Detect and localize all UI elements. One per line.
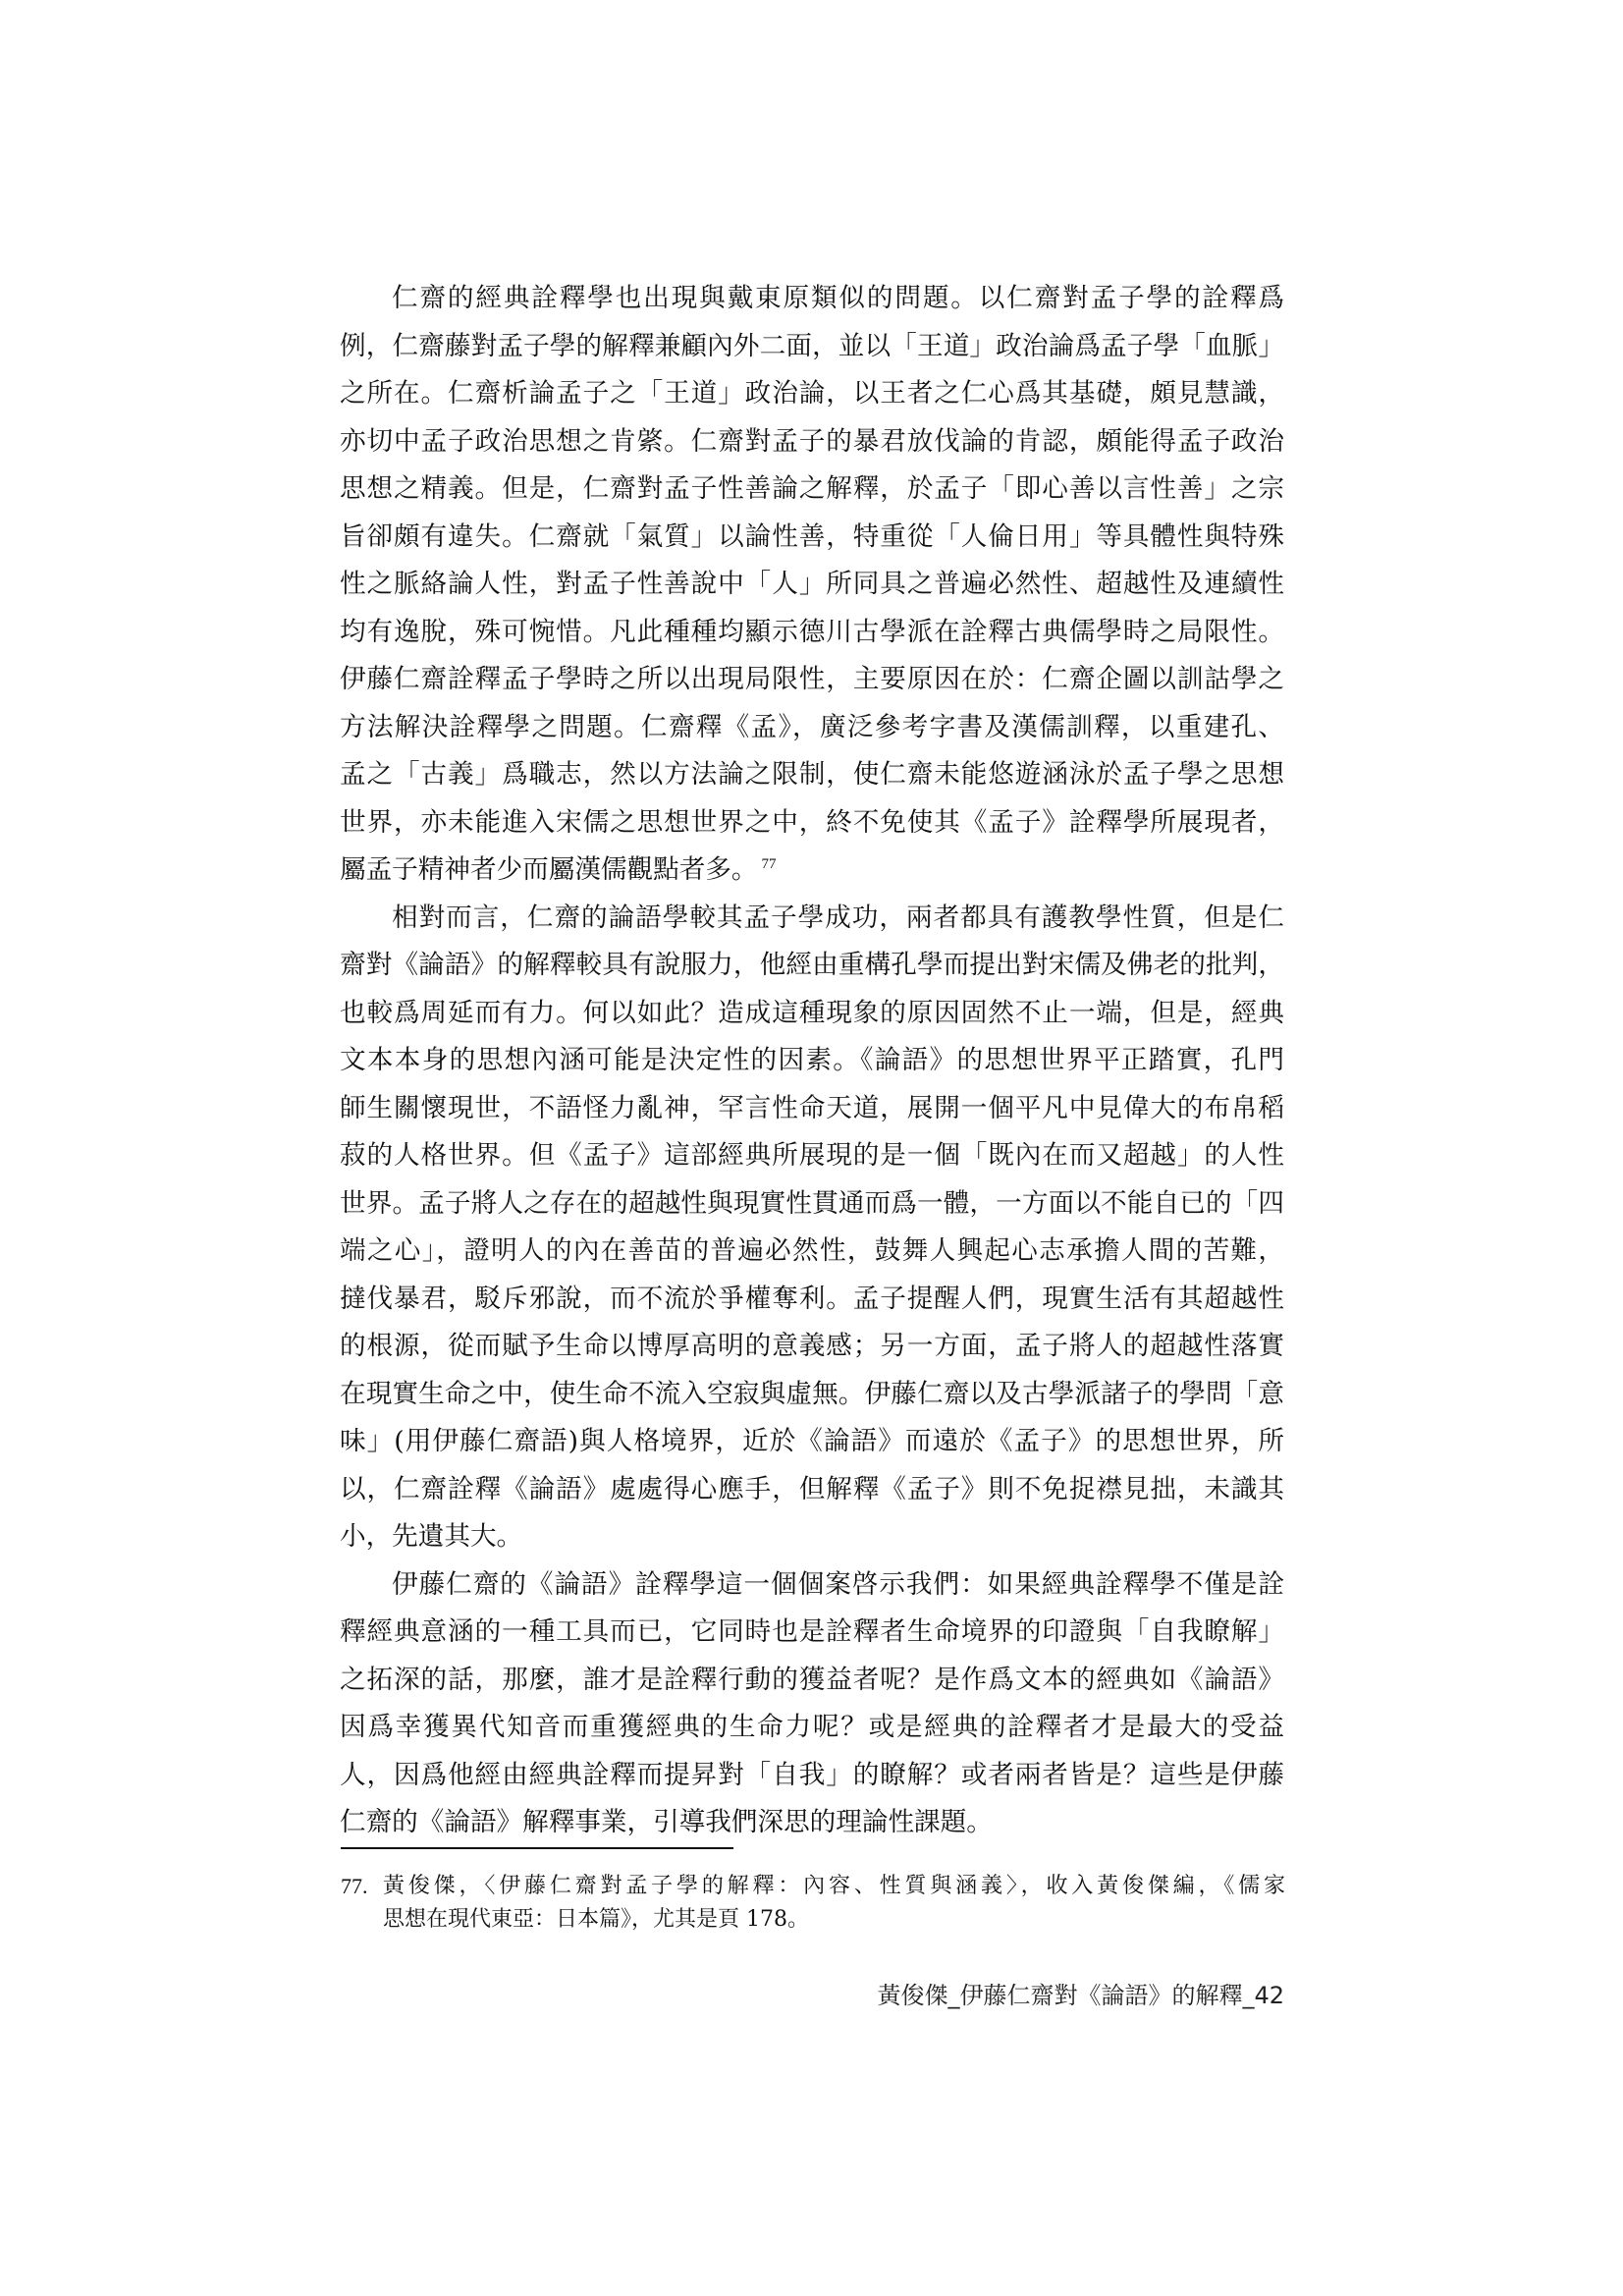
text-line: 方法解決詮釋學之問題。仁齋釋《孟》，廣泛參考字書及漢儒訓釋，以重建孔、 [340, 704, 1284, 752]
text-line: 在現實生命之中，使生命不流入空寂與虛無。伊藤仁齋以及古學派諸子的學問「意 [340, 1371, 1284, 1419]
text-line: 性之脈絡論人性，對孟子性善說中「人」所同具之普遍必然性、超越性及連續性 [340, 561, 1284, 609]
text-line: 人，因爲他經由經典詮釋而提昇對「自我」的瞭解？或者兩者皆是？這些是伊藤 [340, 1752, 1284, 1800]
text-line: 孟之「古義」爲職志，然以方法論之限制，使仁齋未能悠遊涵泳於孟子學之思想 [340, 751, 1284, 799]
footnote-divider [341, 1847, 733, 1849]
text-line: 旨卻頗有違失。仁齋就「氣質」以論性善，特重從「人倫日用」等具體性與特殊 [340, 514, 1284, 562]
text-line: 仁齋的《論語》解釋事業，引導我們深思的理論性課題。 [340, 1799, 1284, 1847]
paragraph-2: 相對而言，仁齋的論語學較其孟子學成功，兩者都具有護教學性質，但是仁 齋對《論語》… [340, 895, 1284, 1561]
text-line: 之所在。仁齋析論孟子之「王道」政治論，以王者之仁心爲其基礎，頗見慧識， [340, 370, 1284, 418]
text-line: 因爲幸獲異代知音而重獲經典的生命力呢？或是經典的詮釋者才是最大的受益 [340, 1704, 1284, 1752]
text-line: 之拓深的話，那麼，誰才是詮釋行動的獲益者呢？是作爲文本的經典如《論語》 [340, 1657, 1284, 1705]
text-line: 例，仁齋藤對孟子學的解釋兼顧內外二面，並以「王道」政治論爲孟子學「血脈」 [340, 323, 1284, 371]
text-line: 文本本身的思想內涵可能是決定性的因素。《論語》的思想世界平正踏實，孔門 [340, 1037, 1284, 1085]
text-line: 均有逸脫，殊可惋惜。凡此種種均顯示德川古學派在詮釋古典儒學時之局限性。 [340, 609, 1284, 657]
document-page: 仁齋的經典詮釋學也出現與戴東原類似的問題。以仁齋對孟子學的詮釋爲 例，仁齋藤對孟… [0, 0, 1623, 2296]
footnote-reference[interactable]: 77 [762, 856, 777, 872]
footnote-number: 77. [341, 1870, 368, 1903]
page-footer: 黃俊傑_伊藤仁齋對《論語》的解釋_42 [877, 1976, 1284, 2010]
text-line: 釋經典意涵的一種工具而已，它同時也是詮釋者生命境界的印證與「自我瞭解」 [340, 1609, 1284, 1657]
text-line-final: 屬孟子精神者少而屬漢儒觀點者多。77 [340, 847, 1284, 895]
text-line: 端之心」，證明人的內在善苗的普遍必然性，鼓舞人興起心志承擔人間的苦難， [340, 1228, 1284, 1276]
text-line: 仁齋的經典詮釋學也出現與戴東原類似的問題。以仁齋對孟子學的詮釋爲 [340, 275, 1284, 323]
body-text: 仁齋的經典詮釋學也出現與戴東原類似的問題。以仁齋對孟子學的詮釋爲 例，仁齋藤對孟… [340, 275, 1284, 1847]
text-line: 亦切中孟子政治思想之肯綮。仁齋對孟子的暴君放伐論的肯認，頗能得孟子政治 [340, 418, 1284, 466]
footnote-77: 77. 黃俊傑，〈伊藤仁齋對孟子學的解釋：內容、性質與涵義〉，收入黃俊傑編，《儒… [341, 1870, 1285, 1937]
text-line: 以，仁齋詮釋《論語》處處得心應手，但解釋《孟子》則不免捉襟見拙，未識其 [340, 1466, 1284, 1514]
text-line: 小，先遺其大。 [340, 1513, 1284, 1561]
text-line: 思想之精義。但是，仁齋對孟子性善論之解釋，於孟子「即心善以言性善」之宗 [340, 465, 1284, 514]
text-line: 伊藤仁齋的《論語》詮釋學這一個個案啓示我們：如果經典詮釋學不僅是詮 [340, 1561, 1284, 1610]
footnote-line: 黃俊傑，〈伊藤仁齋對孟子學的解釋：內容、性質與涵義〉，收入黃俊傑編，《儒家 [383, 1870, 1285, 1903]
footnote-line: 思想在現代東亞：日本篇》，尤其是頁 178。 [383, 1903, 1285, 1937]
text-line: 味」(用伊藤仁齋語)與人格境界，近於《論語》而遠於《孟子》的思想世界，所 [340, 1418, 1284, 1466]
text-line: 齋對《論語》的解釋較具有說服力，他經由重構孔學而提出對宋儒及佛老的批判， [340, 942, 1284, 990]
text-line: 世界，亦未能進入宋儒之思想世界之中，終不免使其《孟子》詮釋學所展現者， [340, 799, 1284, 847]
text-line: 的根源，從而賦予生命以博厚高明的意義感；另一方面，孟子將人的超越性落實 [340, 1323, 1284, 1371]
text-line: 也較爲周延而有力。何以如此？造成這種現象的原因固然不止一端，但是，經典 [340, 990, 1284, 1038]
text-line: 世界。孟子將人之存在的超越性與現實性貫通而爲一體，一方面以不能自已的「四 [340, 1180, 1284, 1229]
text-line: 屬孟子精神者少而屬漢儒觀點者多。 [340, 854, 758, 885]
footnotes: 77. 黃俊傑，〈伊藤仁齋對孟子學的解釋：內容、性質與涵義〉，收入黃俊傑編，《儒… [341, 1870, 1285, 1937]
paragraph-3: 伊藤仁齋的《論語》詮釋學這一個個案啓示我們：如果經典詮釋學不僅是詮 釋經典意涵的… [340, 1561, 1284, 1847]
text-line: 撻伐暴君，駁斥邪說，而不流於爭權奪利。孟子提醒人們，現實生活有其超越性 [340, 1276, 1284, 1324]
paragraph-1: 仁齋的經典詮釋學也出現與戴東原類似的問題。以仁齋對孟子學的詮釋爲 例，仁齋藤對孟… [340, 275, 1284, 895]
text-line: 伊藤仁齋詮釋孟子學時之所以出現局限性，主要原因在於：仁齋企圖以訓詁學之 [340, 656, 1284, 704]
text-line: 相對而言，仁齋的論語學較其孟子學成功，兩者都具有護教學性質，但是仁 [340, 895, 1284, 943]
text-line: 師生關懷現世，不語怪力亂神，罕言性命天道，展開一個平凡中見偉大的布帛稻 [340, 1085, 1284, 1133]
text-line: 菽的人格世界。但《孟子》這部經典所展現的是一個「既內在而又超越」的人性 [340, 1132, 1284, 1180]
